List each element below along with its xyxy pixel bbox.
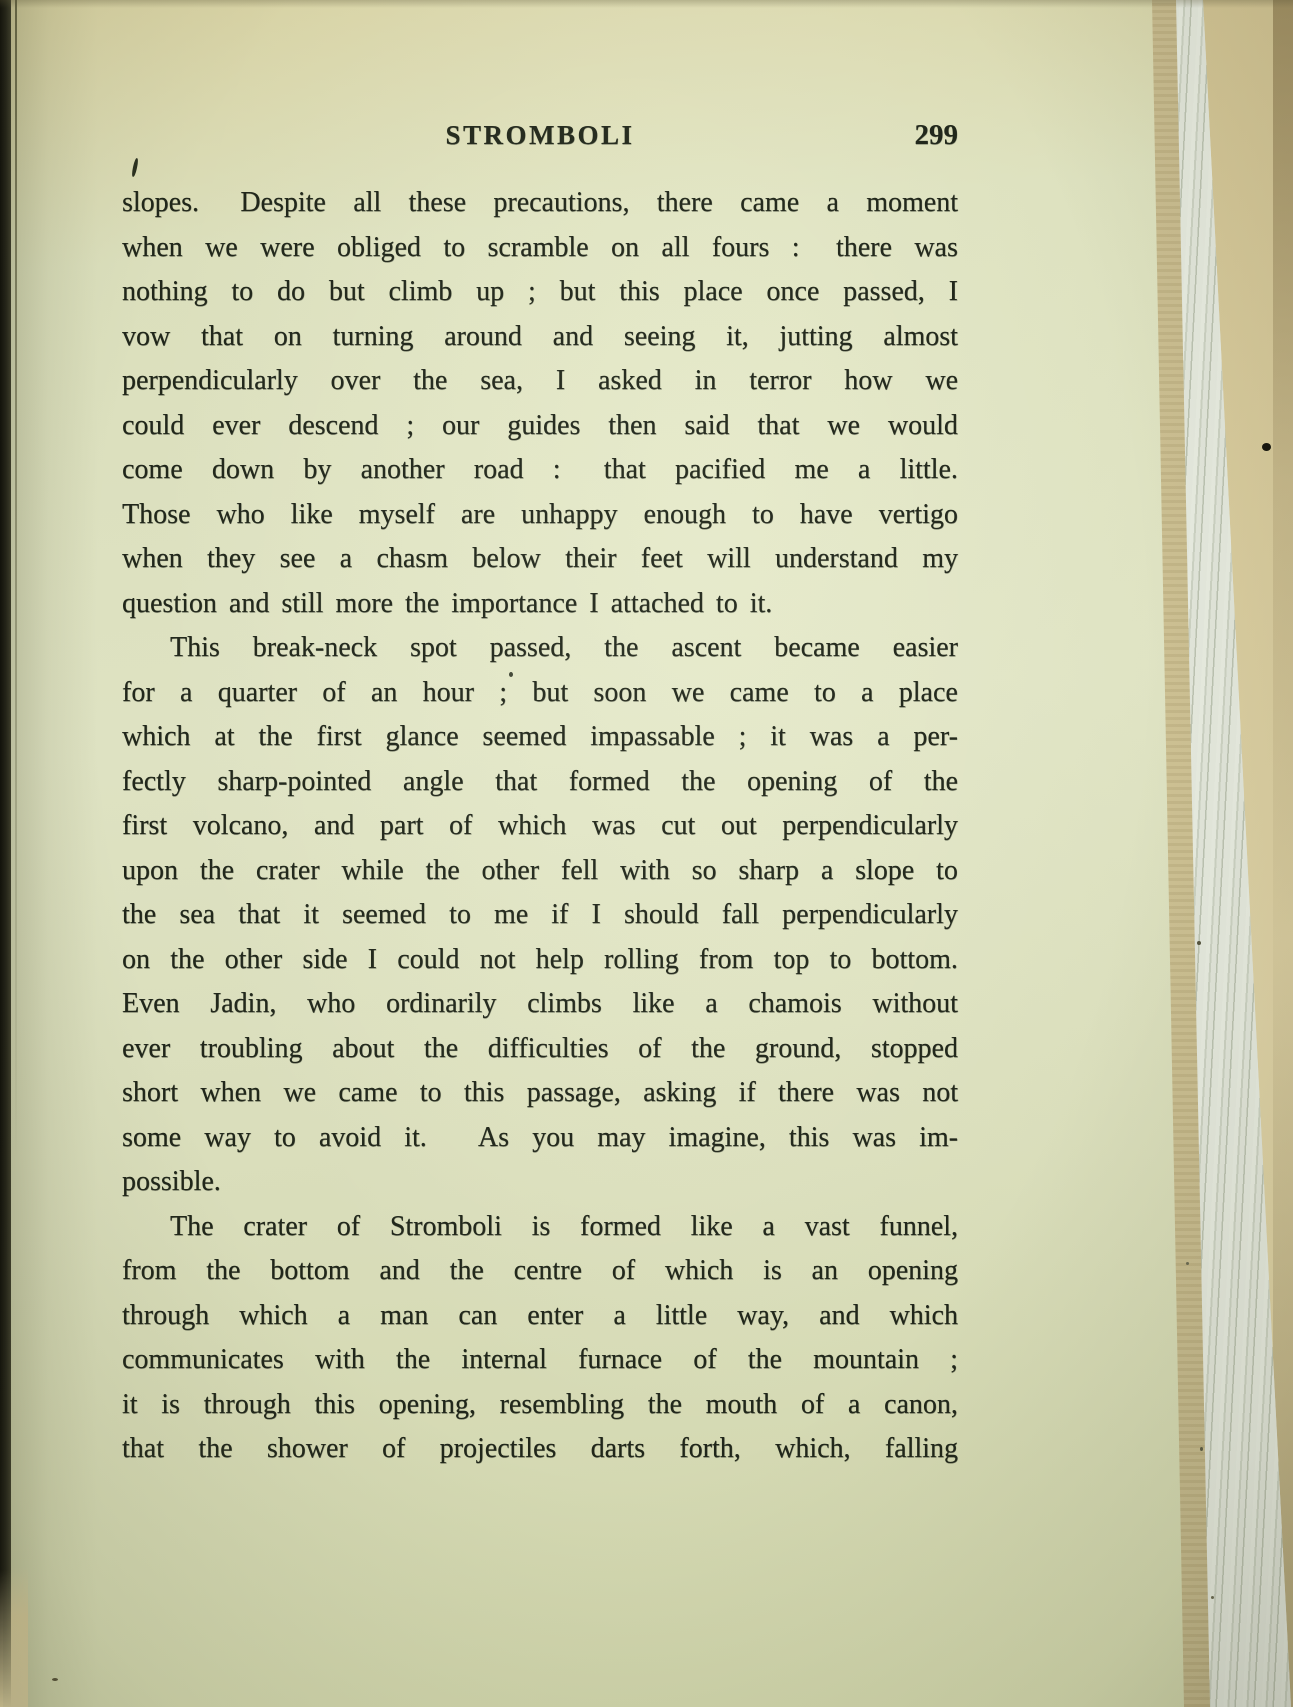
text-line: perpendicularlyoverthesea,Iaskedinterror… [122,359,958,404]
text-line: possible. [122,1160,958,1205]
gutter-shadow [8,0,98,1707]
text-line: vowthatonturningaroundandseeingit,juttin… [122,315,958,360]
dust-speck [1262,443,1271,451]
text-line: comedownbyanotherroad: thatpacifiedmeali… [122,448,958,493]
text-line: fromthebottomandthecentreofwhichisanopen… [122,1249,958,1294]
text-line: ThecraterofStromboliisformedlikeavastfun… [122,1205,958,1250]
text-line: communicateswiththeinternalfurnaceofthem… [122,1338,958,1383]
page-header: STROMBOLI 299 [122,117,958,153]
text-line: itisthroughthisopening,resemblingthemout… [122,1383,958,1428]
text-line: slopes. Despitealltheseprecautions,there… [122,181,958,226]
scanned-book-page: { "header": { "title": "STROMBOLI", "pag… [0,0,1293,1707]
text-line: theseathatitseemedtomeifIshouldfallperpe… [122,893,958,938]
paragraph: slopes. Despitealltheseprecautions,there… [122,181,958,626]
text-line: couldeverdescend;ourguidesthensaidthatwe… [122,404,958,449]
page-number: 299 [915,117,959,153]
running-title: STROMBOLI [122,117,958,153]
text-line: evertroublingaboutthedifficultiesofthegr… [122,1027,958,1072]
text-line: EvenJadin,whoordinarilyclimbslikeachamoi… [122,982,958,1027]
text-block: slopes. Despitealltheseprecautions,there… [122,181,958,1472]
text-line: somewaytoavoidit. Asyoumayimagine,thiswa… [122,1116,958,1161]
text-line: foraquarterofanhour;butsoonwecametoaplac… [122,671,958,716]
dust-speck [1200,1447,1203,1451]
text-line: thattheshowerofprojectilesdartsforth,whi… [122,1427,958,1472]
text-line: Thosewholikemyselfareunhappyenoughtohave… [122,493,958,538]
text-line: whentheyseeachasmbelowtheirfeetwillunder… [122,537,958,582]
text-line: Thisbreak-neckspotpassed,theascentbecame… [122,626,958,671]
text-line: shortwhenwecametothispassage,askingifthe… [122,1071,958,1116]
paragraph: Thisbreak-neckspotpassed,theascentbecame… [122,626,958,1205]
dust-speck [1197,941,1201,945]
dust-speck [52,1678,58,1681]
dust-speck [509,672,513,677]
text-line: uponthecraterwhiletheotherfellwithsoshar… [122,849,958,894]
text-line: nothingtodobutclimbup;butthisplaceoncepa… [122,270,958,315]
text-line: throughwhichamancanenteralittleway,andwh… [122,1294,958,1339]
text-line: ontheothersideIcouldnothelprollingfromto… [122,938,958,983]
gutter-crease-line [15,0,17,1161]
binding-edge [0,0,11,1707]
paragraph: ThecraterofStromboliisformedlikeavastfun… [122,1205,958,1472]
text-line: whenwewereobligedtoscrambleonallfours: t… [122,226,958,271]
text-line: fectlysharp-pointedanglethatformedtheope… [122,760,958,805]
text-line: whichatthefirstglanceseemedimpassable;it… [122,715,958,760]
top-edge-shade [0,0,1293,8]
dust-speck [1186,1262,1189,1265]
text-line: firstvolcano,andpartofwhichwascutoutperp… [122,804,958,849]
dust-speck [1211,1596,1214,1599]
text-line: question and still more the importance I… [122,582,958,627]
